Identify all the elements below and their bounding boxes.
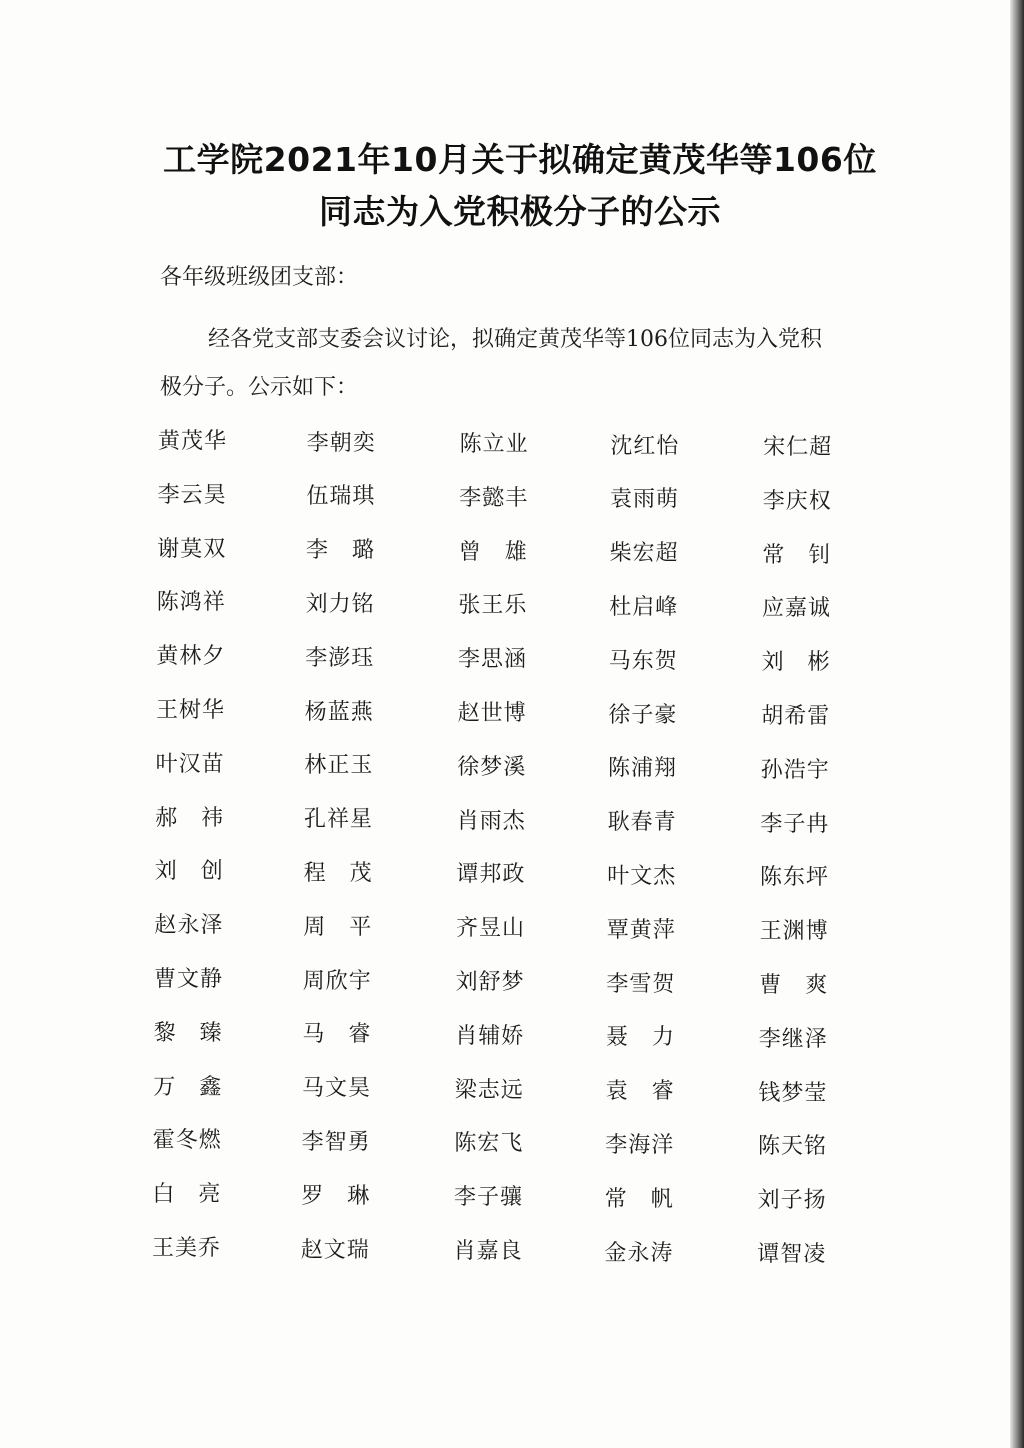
body-paragraph-line-1: 经各党支部支委会议讨论，拟确定黄茂华等106位同志为入党积 [208,322,822,353]
name-entry: 刘舒梦 [456,965,525,996]
name-entry: 钱梦莹 [758,1076,827,1107]
name-entry: 陈浦翔 [608,751,677,782]
name-entry: 柴宏超 [610,536,679,567]
name-entry: 周欣宇 [303,964,372,995]
document-page: 工学院2021年10月关于拟确定黄茂华等106位 同志为入党积极分子的公示 各年… [0,0,1024,1448]
name-entry: 刘子扬 [758,1183,827,1214]
name-entry: 陈鸿祥 [157,585,226,616]
name-entry: 谭智凌 [757,1237,826,1268]
name-entry: 陈东坪 [760,860,829,891]
name-entry: 曾 雄 [459,535,528,566]
name-entry: 肖辅娇 [455,1019,524,1050]
name-entry: 黎 臻 [154,1016,223,1047]
name-entry: 马文昊 [302,1071,371,1102]
name-entry: 李朝奕 [307,426,376,457]
name-entry: 沈红怡 [610,429,679,460]
name-entry: 刘 彬 [762,645,831,676]
name-entry: 孙浩宇 [761,753,830,784]
name-entry: 黄茂华 [158,424,227,455]
name-entry: 曹 爽 [759,968,828,999]
name-entry: 覃黄萍 [607,913,676,944]
name-entry: 孔祥星 [304,802,373,833]
name-entry: 王渊博 [760,914,829,945]
name-entry: 张王乐 [458,588,527,619]
name-entry: 周 平 [303,910,372,941]
name-entry: 王美乔 [152,1231,221,1262]
name-entry: 马 睿 [302,1017,371,1048]
name-entry: 杨蓝燕 [305,695,374,726]
name-entry: 刘 创 [155,854,224,885]
name-entry: 谭邦政 [456,857,525,888]
name-entry: 胡希雷 [761,699,830,730]
name-entry: 袁雨萌 [610,482,679,513]
name-entry: 齐昱山 [456,911,525,942]
name-entry: 肖雨杰 [457,804,526,835]
name-entry: 杜启峰 [609,590,678,621]
name-entry: 刘力铭 [306,587,375,618]
document-title-line-2: 同志为入党积极分子的公示 [130,186,910,233]
name-entry: 李智勇 [302,1125,371,1156]
name-entry: 陈宏飞 [454,1126,523,1157]
name-entry: 王树华 [156,693,225,724]
name-entry: 常 钊 [762,538,831,569]
name-entry: 李继泽 [759,1022,828,1053]
name-entry: 袁 睿 [606,1074,675,1105]
scan-edge [1010,0,1024,1448]
name-entry: 陈天铭 [758,1129,827,1160]
name-entry: 霍冬燃 [153,1123,222,1154]
name-entry: 李云昊 [158,478,227,509]
name-entry: 宋仁超 [763,430,832,461]
name-entry: 马东贺 [609,644,678,675]
name-entry: 谢莫双 [157,532,226,563]
name-entry: 徐梦溪 [457,750,526,781]
name-entry: 李澎珏 [305,641,374,672]
name-entry: 耿春青 [608,805,677,836]
name-entry: 常 帆 [605,1182,674,1213]
name-entry: 徐子豪 [608,698,677,729]
name-entry: 罗 琳 [301,1179,370,1210]
name-entry: 赵世博 [458,696,527,727]
name-entry: 叶文杰 [607,859,676,890]
name-entry: 李庆权 [763,484,832,515]
name-entry: 李懿丰 [459,481,528,512]
name-entry: 白 亮 [152,1177,221,1208]
name-entry: 程 茂 [304,856,373,887]
name-entry: 李海洋 [605,1128,674,1159]
name-entry: 李雪贺 [606,967,675,998]
name-entry: 聂 力 [606,1020,675,1051]
name-entry: 伍瑞琪 [306,479,375,510]
name-entry: 李 璐 [306,533,375,564]
name-entry: 梁志远 [455,1073,524,1104]
name-entry: 李思涵 [458,642,527,673]
name-entry: 金永涛 [604,1236,673,1267]
name-entry: 赵永泽 [154,908,223,939]
name-entry: 李子冉 [760,807,829,838]
body-paragraph-line-2: 极分子。公示如下： [160,370,358,401]
name-entry: 肖嘉良 [454,1234,523,1265]
name-entry: 郝 祎 [155,801,224,832]
name-entry: 黄林夕 [156,639,225,670]
name-entry: 万 鑫 [153,1070,222,1101]
name-entry: 叶汉苗 [156,747,225,778]
salutation: 各年级班级团支部： [160,260,358,291]
name-entry: 曹文静 [154,962,223,993]
name-entry: 林正玉 [304,748,373,779]
name-entry: 李子骧 [454,1180,523,1211]
document-title-line-1: 工学院2021年10月关于拟确定黄茂华等106位 [130,134,910,181]
name-entry: 陈立业 [460,427,529,458]
name-entry: 赵文瑞 [301,1233,370,1264]
name-entry: 应嘉诚 [762,591,831,622]
